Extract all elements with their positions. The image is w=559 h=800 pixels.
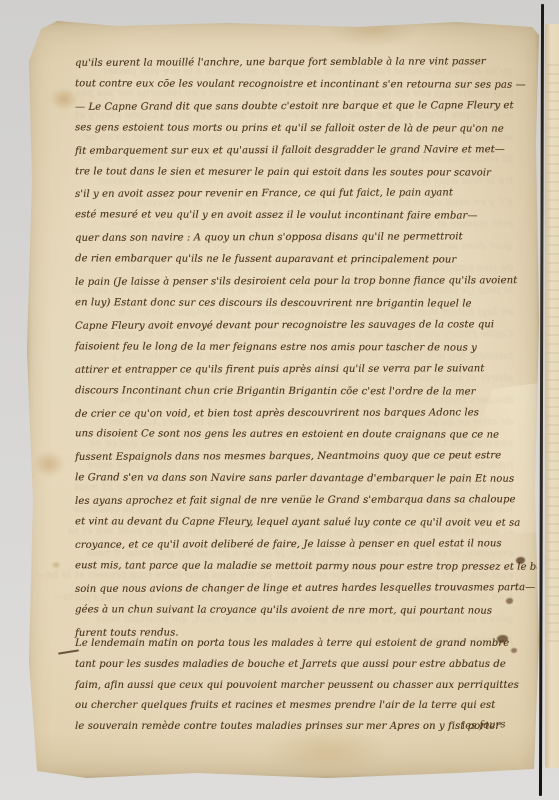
manuscript-line: de rien embarquer qu'ils ne le fussent a… [75, 248, 527, 271]
foxing-stain [33, 451, 65, 477]
foxing-stain [51, 561, 61, 569]
manuscript-page: qu'ils eurent la mouillé l'anchre, une b… [27, 21, 539, 778]
manuscript-line: les ayans aprochez et fait signal de nre… [75, 489, 527, 513]
manuscript-line: faim, afin aussi que ceux qui pouvoient … [75, 676, 527, 697]
manuscript-line: esté mesuré et veu qu'il y en avoit asse… [75, 205, 527, 228]
manuscript-line: Capne Fleury avoit envoyé devant pour re… [75, 314, 527, 338]
manuscript-line: attirer et entrapper ce qu'ils firent pu… [75, 358, 527, 382]
manuscript-line: ou chercher quelques fruits et racines e… [75, 696, 527, 717]
manuscript-line: faisoient feu le long de la mer feignans… [75, 336, 527, 359]
manuscript-paragraph: qu'ils eurent la mouillé l'anchre, une b… [75, 52, 527, 643]
manuscript-line: en luy) Estant donc sur ces discours ils… [75, 292, 527, 315]
manuscript-line: qu'ils eurent la mouillé l'anchre, une b… [75, 51, 527, 75]
manuscript-line: uns disoient Ce sont nos gens les autres… [75, 424, 527, 447]
manuscript-line: soin que nous avions de changer de linge… [75, 577, 527, 601]
manuscript-line: — Le Capne Grand dit que sans doubte c'e… [75, 95, 527, 119]
manuscript-line: de crier ce qu'on void, et bien tost apr… [75, 402, 527, 426]
manuscript-line: fussent Espaignols dans nos mesmes barqu… [75, 445, 527, 469]
scan-background: qu'ils eurent la mouillé l'anchre, une b… [0, 0, 559, 800]
manuscript-line: le souverain remède contre toutes maladi… [75, 717, 527, 738]
manuscript-line: eust mis, tant parce que la maladie se m… [75, 555, 527, 578]
manuscript-line: et vint au devant du Capne Fleury, leque… [75, 511, 527, 534]
manuscript-line: s'il y en avoit assez pour revenir en Fr… [75, 183, 527, 207]
manuscript-line: gées à un chun suivant la croyance qu'il… [75, 599, 527, 622]
foxing-stain [327, 21, 417, 45]
manuscript-line: tout contre eux cōe les voulant recognoi… [75, 73, 527, 96]
spine-edge-line [539, 4, 544, 796]
manuscript-line: discours Incontinant chun crie Brigantin… [75, 380, 527, 403]
manuscript-line: fit embarquement sur eux et qu'aussi il … [75, 139, 527, 163]
manuscript-line: le Grand s'en va dans son Navire sans pa… [75, 468, 527, 491]
manuscript-line: croyance, et ce qu'il avoit deliberé de … [75, 533, 527, 557]
manuscript-line: quer dans son navire : A quoy un chun s'… [75, 226, 527, 250]
foxing-stain [50, 88, 78, 110]
manuscript-line: le pain (Je laisse à penser s'ils desiro… [75, 270, 527, 294]
next-page-edge [545, 24, 559, 768]
manuscript-line: Le lendemain matin on porta tous les mal… [75, 634, 527, 655]
manuscript-line: tre le tout dans le sien et mesurer le p… [75, 161, 527, 184]
manuscript-line: ses gens estoient tous morts ou prins et… [75, 117, 527, 140]
catchword: les fours [462, 719, 506, 732]
manuscript-line: tant pour les susdes maladies de bouche … [75, 655, 527, 676]
manuscript-paragraph: Le lendemain matin on porta tous les mal… [75, 634, 527, 738]
